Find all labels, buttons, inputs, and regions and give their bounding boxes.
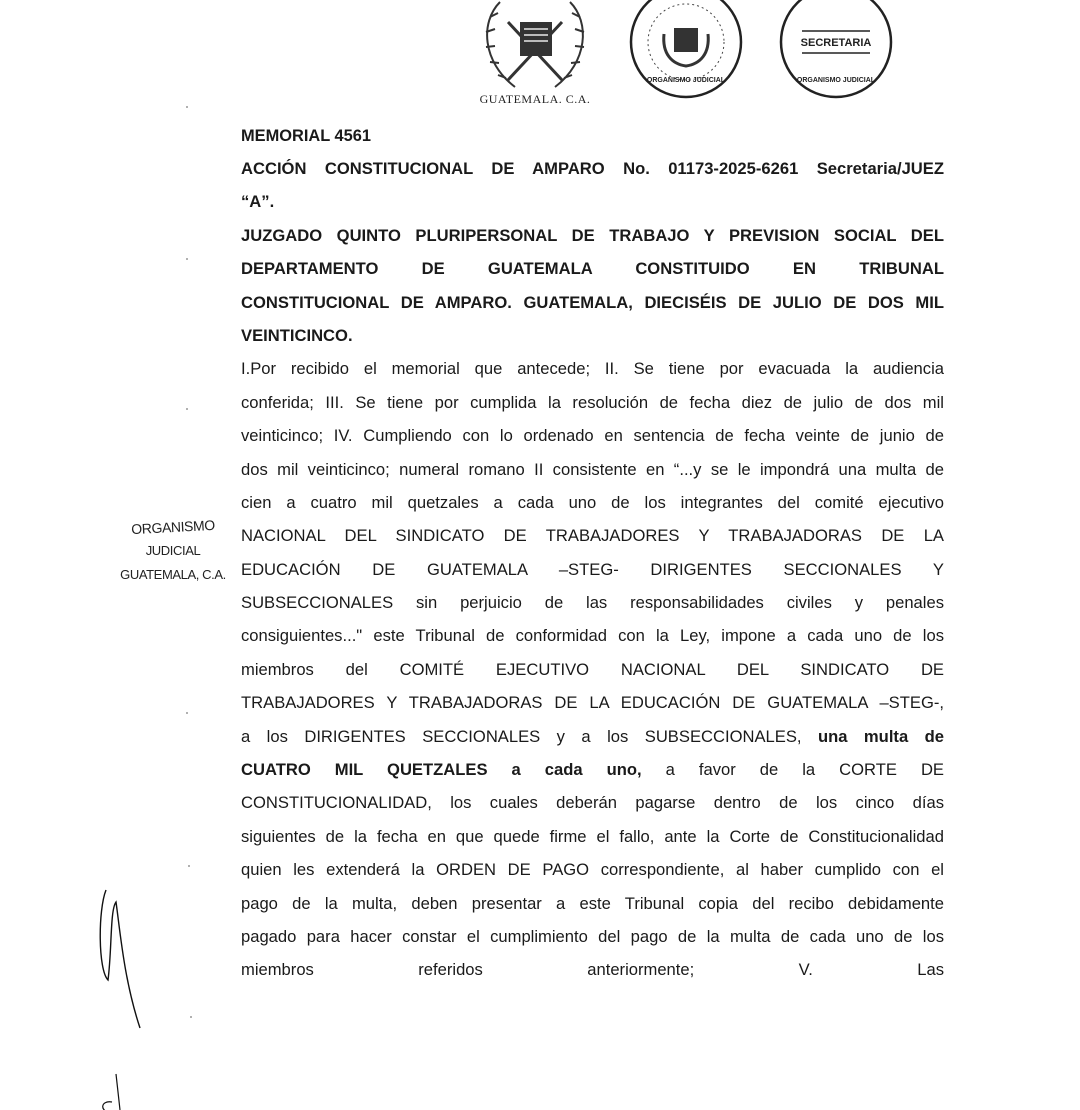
- guatemala-coat-of-arms: GUATEMALA. C.A.: [470, 0, 600, 112]
- court-seal-secretaria: SECRETARIA ORGANISMO JUDICIAL: [778, 0, 894, 100]
- body-line: cien a cuatro mil quetzales a cada uno d…: [241, 486, 944, 519]
- case-number-line: ACCIÓN CONSTITUCIONAL DE AMPARO No. 0117…: [241, 152, 944, 185]
- fine-amount-emphasis: CUATRO MIL QUETZALES a cada uno,: [241, 760, 642, 779]
- scan-dot: [186, 258, 188, 260]
- body-line: TRABAJADORES Y TRABAJADORAS DE LA EDUCAC…: [241, 686, 944, 719]
- seal-secretaria-icon: SECRETARIA ORGANISMO JUDICIAL: [778, 0, 894, 100]
- seal-emblem-icon: ORGANISMO JUDICIAL: [628, 0, 744, 100]
- scan-dot: [186, 106, 188, 108]
- fine-recipients: a los DIRIGENTES SECCIONALES y a los SUB…: [241, 727, 802, 746]
- scan-dot: [186, 712, 188, 714]
- body-line: EDUCACIÓN DE GUATEMALA –STEG- DIRIGENTES…: [241, 553, 944, 586]
- scan-dot: [190, 1016, 192, 1018]
- body-line: pago de la multa, deben presentar a este…: [241, 887, 944, 920]
- stamp-line-3: GUATEMALA, C.A.: [108, 563, 238, 587]
- signature-mark: [90, 1070, 130, 1110]
- fine-amount-emphasis: una multa de: [818, 727, 944, 746]
- body-line: quien les extenderá la ORDEN DE PAGO cor…: [241, 853, 944, 886]
- court-heading-line: JUZGADO QUINTO PLURIPERSONAL DE TRABAJO …: [241, 219, 944, 252]
- body-line: siguientes de la fecha en que quede firm…: [241, 820, 944, 853]
- stamp-line-1: ORGANISMO: [107, 512, 238, 543]
- body-line: I.Por recibido el memorial que antecede;…: [241, 352, 944, 385]
- stamp-line-2: JUDICIAL: [108, 539, 238, 563]
- fine-beneficiary: a favor de la CORTE DE: [666, 760, 944, 779]
- margin-stamp: ORGANISMO JUDICIAL GUATEMALA, C.A.: [108, 515, 238, 587]
- case-number-line-cont: “A”.: [241, 185, 944, 218]
- body-line: consiguientes..." este Tribunal de confo…: [241, 619, 944, 652]
- coat-of-arms-icon: [470, 0, 600, 92]
- document-body: MEMORIAL 4561 ACCIÓN CONSTITUCIONAL DE A…: [241, 120, 944, 987]
- svg-text:SECRETARIA: SECRETARIA: [801, 37, 872, 49]
- crest-caption: GUATEMALA. C.A.: [470, 92, 600, 107]
- body-line: conferida; III. Se tiene por cumplida la…: [241, 386, 944, 419]
- scan-dot: [186, 408, 188, 410]
- scan-dot: [188, 865, 190, 867]
- court-heading-line: DEPARTAMENTO DE GUATEMALA CONSTITUIDO EN…: [241, 252, 944, 285]
- body-line: miembros referidos anteriormente; V. Las: [241, 953, 944, 986]
- body-line: SUBSECCIONALES sin perjuicio de las resp…: [241, 586, 944, 619]
- body-line: NACIONAL DEL SINDICATO DE TRABAJADORES Y…: [241, 519, 944, 552]
- body-line: miembros del COMITÉ EJECUTIVO NACIONAL D…: [241, 653, 944, 686]
- body-line: pagado para hacer constar el cumplimient…: [241, 920, 944, 953]
- body-line: dos mil veinticinco; numeral romano II c…: [241, 453, 944, 486]
- court-heading-line: CONSTITUCIONAL DE AMPARO. GUATEMALA, DIE…: [241, 286, 944, 319]
- court-seal-emblem: ORGANISMO JUDICIAL: [628, 0, 744, 100]
- body-line-fine-amount: CUATRO MIL QUETZALES a cada uno, a favor…: [241, 753, 944, 786]
- court-heading-line: VEINTICINCO.: [241, 319, 944, 352]
- body-line-fine: a los DIRIGENTES SECCIONALES y a los SUB…: [241, 720, 944, 753]
- memorial-number: MEMORIAL 4561: [241, 120, 944, 152]
- body-line: CONSTITUCIONALIDAD, los cuales deberán p…: [241, 786, 944, 819]
- signature-mark: [90, 870, 150, 1030]
- svg-text:ORGANISMO JUDICIAL: ORGANISMO JUDICIAL: [647, 77, 726, 84]
- body-line: veinticinco; IV. Cumpliendo con lo orden…: [241, 419, 944, 452]
- svg-text:ORGANISMO JUDICIAL: ORGANISMO JUDICIAL: [797, 77, 876, 84]
